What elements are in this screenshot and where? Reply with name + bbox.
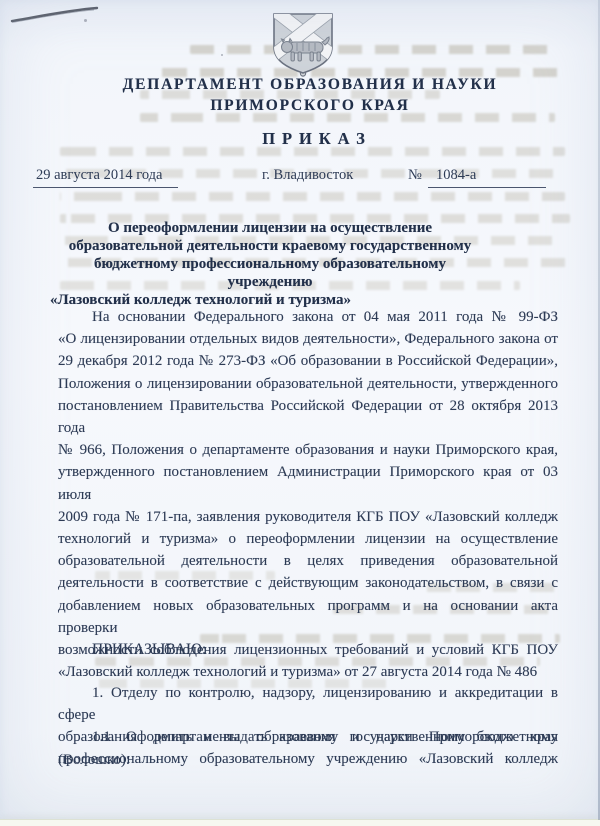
text-line: профессиональному образовательному учреж… (58, 748, 558, 770)
text-line: 2009 года № 171-па, заявления руководите… (58, 506, 558, 528)
text-line: «Лазовский колледж технологий и туризма»… (58, 661, 558, 683)
paper-speck (221, 54, 223, 56)
text-line: постановлением Правительства Российской … (58, 395, 558, 439)
pen-mark (8, 5, 103, 27)
text-line: деятельности в соответствие с действующи… (58, 572, 558, 594)
text-line: 1. Отделу по контролю, надзору, лицензир… (58, 682, 558, 726)
text-line: бюджетному профессиональному образовател… (50, 255, 490, 291)
bleed-through-line (190, 45, 550, 54)
org-name-line2: ПРИМОРСКОГО КРАЯ (20, 95, 600, 116)
number-field: 1084-а (428, 167, 546, 188)
order-body-paragraph: На основании Федерального закона от 04 м… (58, 306, 558, 683)
text-line: образовательной деятельности краевому го… (50, 237, 490, 255)
paper-speck (84, 19, 87, 22)
bleed-through-line (60, 192, 565, 201)
coat-of-arms-icon (265, 11, 341, 77)
order-title: О переоформлении лицензии на осуществлен… (50, 219, 490, 309)
text-line: утвержденного постановлением Администрац… (58, 461, 558, 505)
text-line: О переоформлении лицензии на осуществлен… (50, 219, 490, 237)
text-line: 29 декабря 2012 года № 273-ФЗ «Об образо… (58, 350, 558, 372)
date-row: 29 августа 2014 года г. Владивосток № 10… (33, 167, 538, 189)
doc-type-heading: ПРИКАЗ (0, 129, 600, 149)
page-bottom-edge (0, 819, 600, 826)
text-line: технологий и туризма» о переоформлении л… (58, 528, 558, 550)
org-name-line1: ДЕПАРТАМЕНТ ОБРАЗОВАНИЯ И НАУКИ (20, 74, 600, 95)
text-line: «О лицензировании отдельных видов деятел… (58, 328, 558, 350)
text-line: Положения о лицензировании образовательн… (58, 373, 558, 395)
text-line: На основании Федерального закона от 04 м… (58, 306, 558, 328)
text-line: 1.1. Оформить и выдать краевому государс… (58, 726, 558, 748)
scanned-order-page: ДЕПАРТАМЕНТ ОБРАЗОВАНИЯ И НАУКИ ПРИМОРСК… (0, 0, 600, 826)
order-item-1-1: 1.1. Оформить и выдать краевому государс… (58, 726, 558, 770)
number-sign: № (408, 167, 422, 184)
text-line: образовательной деятельности в целях при… (58, 550, 558, 572)
text-line: добавлением новых образовательных програ… (58, 595, 558, 639)
city-label: г. Владивосток (262, 167, 353, 184)
date-field: 29 августа 2014 года (33, 167, 178, 188)
text-line: № 966, Положения о департаменте образова… (58, 439, 558, 461)
org-name: ДЕПАРТАМЕНТ ОБРАЗОВАНИЯ И НАУКИ ПРИМОРСК… (0, 74, 600, 116)
resolution-word: ПРИКАЗЫВАЮ: (92, 641, 206, 659)
